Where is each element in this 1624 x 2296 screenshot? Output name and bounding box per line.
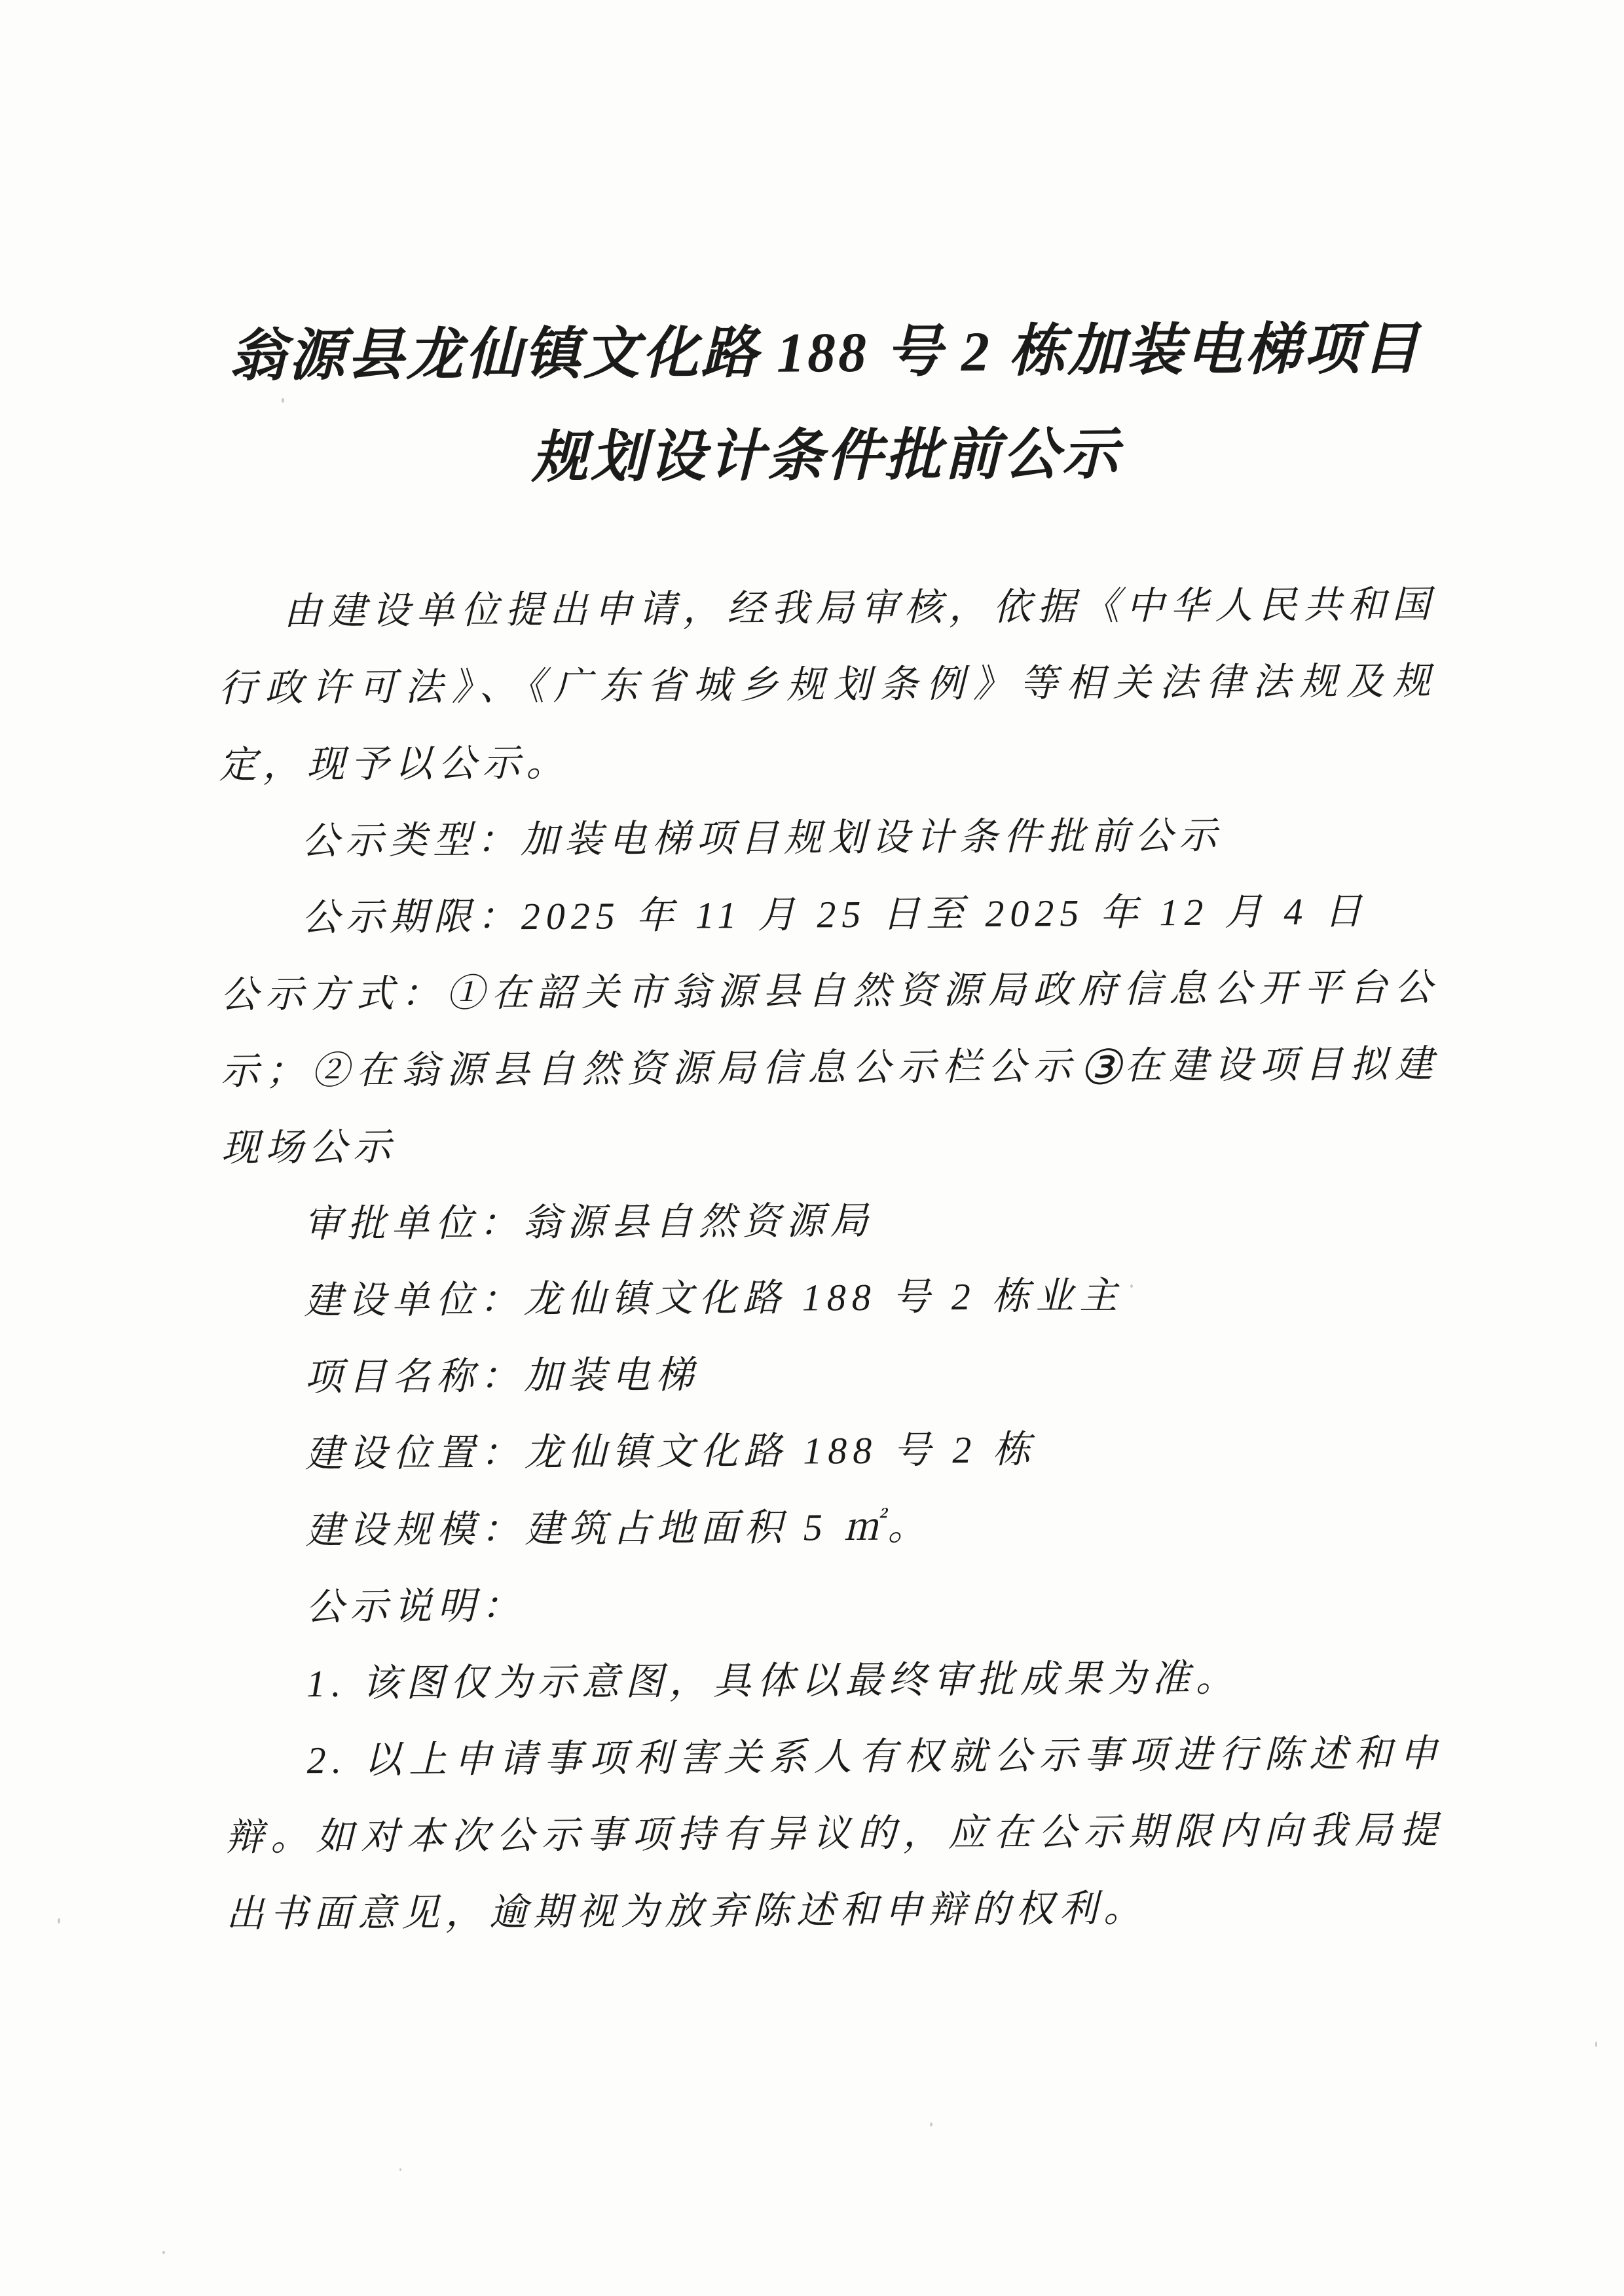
circled-number-3: ③ <box>1078 1042 1124 1095</box>
field-approval-unit: 审批单位：翁源县自然资源局 <box>221 1179 1440 1263</box>
notes-heading: 公示说明： <box>224 1562 1443 1646</box>
field-notice-method: 公示方式：①在韶关市翁源县自然资源局政府信息公开平台公示；②在翁源县自然资源局信… <box>220 949 1439 1186</box>
scan-speck <box>930 2123 932 2126</box>
notice-title-line1: 翁源县龙仙镇文化路 188 号 2 栋加装电梯项目 <box>229 297 1422 408</box>
notice-title: 翁源县龙仙镇文化路 188 号 2 栋加装电梯项目 规划设计条件批前公示 <box>216 297 1435 511</box>
scan-speck <box>720 1434 722 1437</box>
note-2: 2. 以上申请事项利害关系人有权就公示事项进行陈述和申辩。如对本次公示事项持有异… <box>225 1715 1444 1952</box>
field-notice-type: 公示类型：加装电梯项目规划设计条件批前公示 <box>219 796 1438 880</box>
scan-speck <box>1130 1285 1133 1288</box>
notice-body: 由建设单位提出申请，经我局审核，依据《中华人民共和国行政许可法》、《广东省城乡规… <box>218 566 1445 1952</box>
scan-speck <box>282 398 284 403</box>
field-construction-location: 建设位置：龙仙镇文化路 188 号 2 栋 <box>223 1409 1441 1493</box>
paragraph-intro: 由建设单位提出申请，经我局审核，依据《中华人民共和国行政许可法》、《广东省城乡规… <box>218 566 1437 803</box>
scanned-notice-page: 翁源县龙仙镇文化路 188 号 2 栋加装电梯项目 规划设计条件批前公示 由建设… <box>0 0 1624 2296</box>
scan-speck <box>1595 2041 1597 2047</box>
field-project-name: 项目名称：加装电梯 <box>223 1332 1441 1416</box>
notice-document: 翁源县龙仙镇文化路 188 号 2 栋加装电梯项目 规划设计条件批前公示 由建设… <box>216 297 1444 1952</box>
field-construction-unit: 建设单位：龙仙镇文化路 188 号 2 栋业主 <box>222 1256 1441 1339</box>
field-construction-scale: 建设规模：建筑占地面积 5 ㎡。 <box>223 1485 1442 1569</box>
scan-speck <box>162 2251 165 2254</box>
field-notice-period: 公示期限：2025 年 11 月 25 日至 2025 年 12 月 4 日 <box>219 873 1438 957</box>
notice-title-line2: 规划设计条件批前公示 <box>531 403 1121 509</box>
scan-speck <box>58 1918 60 1923</box>
note-1: 1. 该图仅为示意图，具体以最终审批成果为准。 <box>225 1639 1443 1722</box>
scan-speck <box>399 2168 401 2171</box>
